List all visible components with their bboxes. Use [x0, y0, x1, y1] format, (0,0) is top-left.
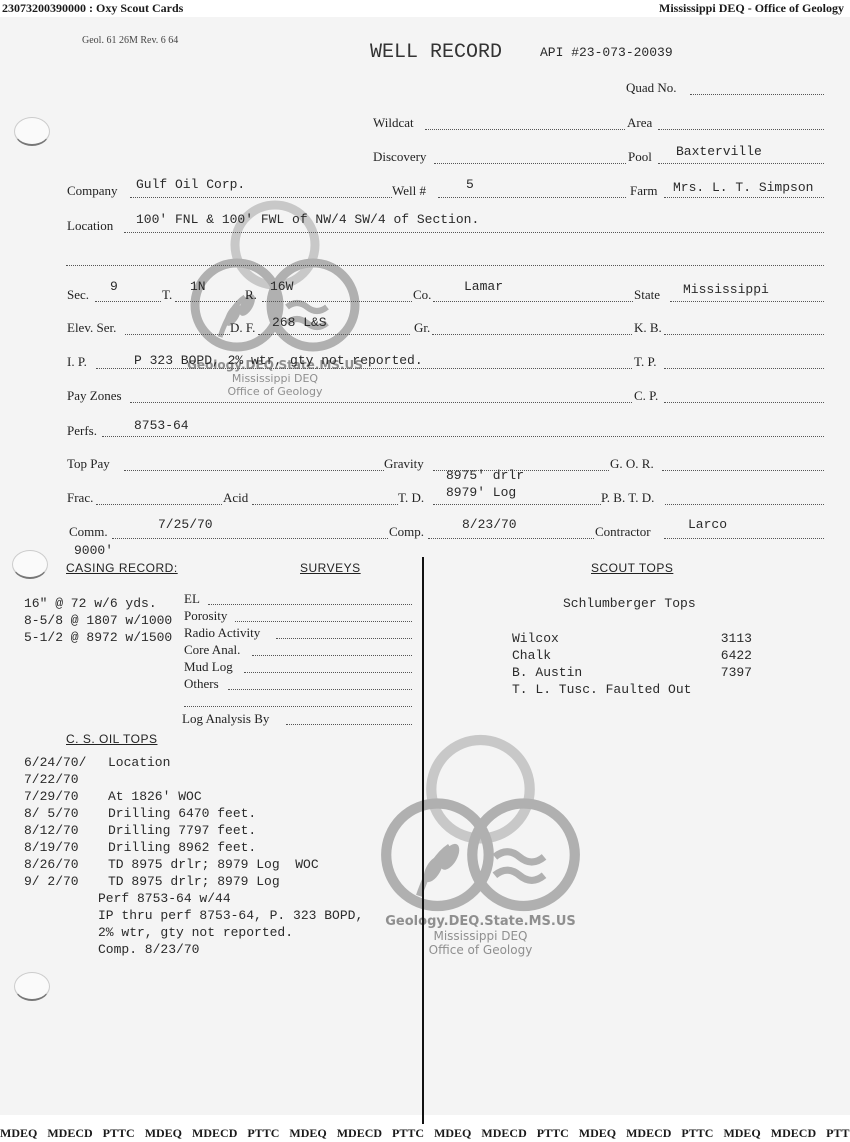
company-field-line: [130, 197, 392, 198]
projected-depth-value: 9000': [74, 543, 113, 558]
casing-record-list: 16" @ 72 w/6 yds. 8-5/8 @ 1807 w/1000 5-…: [24, 595, 172, 646]
top-pay-label: Top Pay: [67, 456, 110, 472]
df-value: 268 L&S: [272, 315, 327, 330]
footer-item: MDEQ: [723, 1126, 760, 1140]
contractor-field-line: [664, 538, 824, 539]
footer-item: PTTC: [392, 1126, 424, 1140]
scout-top-row: Wilcox 3113: [512, 630, 752, 647]
log-entry: 7/22/70: [24, 771, 363, 788]
ip-field-line: [96, 368, 632, 369]
sec-field-line: [95, 301, 161, 302]
pay-zones-field-line: [130, 402, 632, 403]
oil-tops-log: 6/24/70/Location 7/22/70 7/29/70At 1826'…: [24, 754, 363, 958]
log-continuation: Comp. 8/23/70: [24, 941, 363, 958]
county-value: Lamar: [464, 279, 503, 294]
quad-no-field: [690, 94, 824, 95]
log-entry: 6/24/70/Location: [24, 754, 363, 771]
well-field-line: [438, 197, 626, 198]
log-continuation: 2% wtr, gty not reported.: [24, 924, 363, 941]
log-entry: 7/29/70At 1826' WOC: [24, 788, 363, 805]
kb-field-line: [664, 334, 824, 335]
footer-item: PTTC: [826, 1126, 850, 1140]
log-date: 7/29/70: [24, 788, 108, 805]
cp-label: C. P.: [634, 388, 658, 404]
log-text: At 1826' WOC: [108, 789, 202, 804]
location-field-line: [124, 232, 824, 233]
ip-label: I. P.: [67, 354, 87, 370]
comm-value: 7/25/70: [158, 517, 213, 532]
log-entry: 9/ 2/70TD 8975 drlr; 8979 Log: [24, 873, 363, 890]
footer-item: MDECD: [771, 1126, 816, 1140]
perfs-field-line: [102, 436, 824, 437]
area-field: [658, 129, 824, 130]
township-field-line: [175, 301, 237, 302]
gor-label: G. O. R.: [610, 456, 654, 472]
county-field-line: [433, 301, 633, 302]
watermark-office: Office of Geology: [378, 943, 583, 957]
pool-field-line: [658, 163, 824, 164]
gr-label: Gr.: [414, 320, 430, 336]
log-date: 8/19/70: [24, 839, 108, 856]
gravity-label: Gravity: [384, 456, 424, 472]
log-continuation: Perf 8753-64 w/44: [24, 890, 363, 907]
state-value: Mississippi: [683, 282, 769, 297]
log-entry: 8/12/70Drilling 7797 feet.: [24, 822, 363, 839]
comm-field-line: [112, 538, 388, 539]
formation-depth: 6422: [721, 647, 752, 664]
log-entry: 8/19/70Drilling 8962 feet.: [24, 839, 363, 856]
log-date: 8/12/70: [24, 822, 108, 839]
well-record-card: Geology.DEQ.State.MS.US Mississippi DEQ …: [0, 17, 850, 1115]
form-number: Geol. 61 26M Rev. 6 64: [82, 35, 178, 46]
county-label: Co.: [413, 287, 431, 303]
log-text: Drilling 8962 feet.: [108, 840, 256, 855]
casing-record-heading: CASING RECORD:: [66, 561, 178, 575]
company-label: Company: [67, 183, 118, 199]
watermark-url: Geology.DEQ.State.MS.US: [378, 914, 583, 929]
comm-label: Comm.: [69, 524, 108, 540]
range-label: R.: [245, 287, 257, 303]
township-value: 1N: [190, 279, 206, 294]
sec-value: 9: [110, 279, 118, 294]
scout-top-row: Chalk 6422: [512, 647, 752, 664]
page-title: WELL RECORD: [370, 41, 502, 64]
survey-mud-field-line: [244, 672, 412, 673]
farm-field-line: [664, 197, 824, 198]
td-label: T. D.: [398, 490, 424, 506]
document-id-title: 23073200390000 : Oxy Scout Cards: [2, 0, 183, 16]
discovery-field: [434, 163, 626, 164]
elev-ser-label: Elev. Ser.: [67, 320, 116, 336]
location-field-line-2: [66, 265, 824, 266]
formation-name: B. Austin: [512, 664, 582, 681]
discovery-label: Discovery: [373, 149, 426, 165]
punch-hole-icon: [12, 550, 48, 579]
survey-radio-field-line: [276, 638, 412, 639]
state-field-line: [670, 301, 824, 302]
formation-name: Wilcox: [512, 630, 559, 647]
footer-item: MDEQ: [145, 1126, 182, 1140]
log-text: Location: [108, 755, 170, 770]
survey-radio-activity-label: Radio Activity: [184, 625, 260, 641]
frac-field-line: [96, 504, 222, 505]
punch-hole-icon: [14, 117, 50, 146]
pool-label: Pool: [628, 149, 652, 165]
log-date: 6/24/70/: [24, 754, 108, 771]
footer-item: PTTC: [247, 1126, 279, 1140]
comp-value: 8/23/70: [462, 517, 517, 532]
well-value: 5: [466, 177, 474, 192]
survey-log-analysis-field-line: [286, 724, 412, 725]
comp-label: Comp.: [389, 524, 424, 540]
kb-label: K. B.: [634, 320, 662, 336]
log-entry: 8/26/70TD 8975 drlr; 8979 Log WOC: [24, 856, 363, 873]
township-label: T.: [162, 287, 172, 303]
tp-label: T. P.: [634, 354, 657, 370]
footer-item: MDECD: [337, 1126, 382, 1140]
gr-field-line: [432, 334, 632, 335]
formation-name: Chalk: [512, 647, 551, 664]
footer-item: MDEQ: [579, 1126, 616, 1140]
perfs-label: Perfs.: [67, 423, 97, 439]
farm-label: Farm: [630, 183, 657, 199]
casing-line: 5-1/2 @ 8972 w/1500: [24, 629, 172, 646]
formation-depth: 7397: [721, 664, 752, 681]
contractor-value: Larco: [688, 517, 727, 532]
log-entry: 8/ 5/70Drilling 6470 feet.: [24, 805, 363, 822]
punch-hole-icon: [14, 972, 50, 1001]
document-header: 23073200390000 : Oxy Scout Cards Mississ…: [0, 0, 850, 16]
wildcat-label: Wildcat: [373, 115, 414, 131]
range-value: 16W: [270, 279, 293, 294]
df-label: D. F.: [230, 320, 255, 336]
log-text: Drilling 6470 feet.: [108, 806, 256, 821]
survey-log-analysis-label: Log Analysis By: [182, 711, 269, 727]
surveys-heading: SURVEYS: [300, 561, 361, 575]
perfs-value: 8753-64: [134, 418, 189, 433]
survey-el-label: EL: [184, 591, 200, 607]
casing-line: 8-5/8 @ 1807 w/1000: [24, 612, 172, 629]
elev-ser-field-line: [125, 334, 230, 335]
column-divider: [422, 557, 424, 1127]
formation-depth: 3113: [721, 630, 752, 647]
contractor-label: Contractor: [595, 524, 651, 540]
well-label: Well #: [392, 183, 426, 199]
state-label: State: [634, 287, 660, 303]
td-driller-value: 8975' drlr: [446, 468, 524, 483]
log-text: TD 8975 drlr; 8979 Log: [108, 874, 280, 889]
survey-core-anal-label: Core Anal.: [184, 642, 240, 658]
watermark-agency: Mississippi DEQ: [175, 372, 375, 385]
scout-tops-heading: SCOUT TOPS: [591, 561, 673, 575]
log-text: Drilling 7797 feet.: [108, 823, 256, 838]
survey-core-field-line: [252, 655, 412, 656]
scout-tops-note: T. L. Tusc. Faulted Out: [512, 681, 752, 698]
quad-no-label: Quad No.: [626, 80, 677, 96]
survey-blank-field-line: [184, 706, 412, 707]
watermark-agency: Mississippi DEQ: [378, 929, 583, 943]
td-field-line: [433, 504, 601, 505]
agency-title: Mississippi DEQ - Office of Geology: [659, 0, 844, 16]
survey-el-field-line: [208, 604, 412, 605]
pbtd-label: P. B. T. D.: [601, 490, 654, 506]
pbtd-field-line: [665, 504, 824, 505]
footer-item: PTTC: [103, 1126, 135, 1140]
pool-value: Baxterville: [676, 144, 762, 159]
survey-others-field-line: [228, 689, 412, 690]
survey-porosity-field-line: [235, 621, 412, 622]
footer-item: MDEQ: [434, 1126, 471, 1140]
frac-label: Frac.: [67, 490, 93, 506]
df-field-line: [258, 334, 410, 335]
log-text: TD 8975 drlr; 8979 Log WOC: [108, 857, 319, 872]
scout-tops-list: Wilcox 3113 Chalk 6422 B. Austin 7397 T.…: [512, 630, 752, 698]
footer-item: MDECD: [626, 1126, 671, 1140]
pay-zones-label: Pay Zones: [67, 388, 122, 404]
top-pay-field-line: [124, 470, 384, 471]
comp-field-line: [428, 538, 594, 539]
scout-tops-subheading: Schlumberger Tops: [563, 596, 696, 611]
gor-field-line: [662, 470, 824, 471]
wildcat-field: [425, 129, 625, 130]
watermark-logo-icon: Geology.DEQ.State.MS.US Mississippi DEQ …: [175, 197, 375, 407]
log-continuation: IP thru perf 8753-64, P. 323 BOPD,: [24, 907, 363, 924]
oil-tops-heading: C. S. OIL TOPS: [66, 732, 157, 746]
log-date: 9/ 2/70: [24, 873, 108, 890]
company-value: Gulf Oil Corp.: [136, 177, 245, 192]
area-label: Area: [627, 115, 652, 131]
ip-value: P 323 BOPD, 2% wtr, gty not reported.: [134, 353, 423, 368]
footer-item: PTTC: [681, 1126, 713, 1140]
td-log-value: 8979' Log: [446, 485, 516, 500]
survey-mud-log-label: Mud Log: [184, 659, 233, 675]
cp-field-line: [664, 402, 824, 403]
location-value: 100' FNL & 100' FWL of NW/4 SW/4 of Sect…: [136, 212, 479, 227]
survey-porosity-label: Porosity: [184, 608, 227, 624]
range-field-line: [262, 301, 412, 302]
scout-top-row: B. Austin 7397: [512, 664, 752, 681]
footer-item: MDECD: [481, 1126, 526, 1140]
footer-item: MDECD: [47, 1126, 92, 1140]
log-date: 7/22/70: [24, 771, 108, 788]
survey-others-label: Others: [184, 676, 219, 692]
sec-label: Sec.: [67, 287, 89, 303]
log-date: 8/26/70: [24, 856, 108, 873]
acid-label: Acid: [223, 490, 248, 506]
acid-field-line: [252, 504, 398, 505]
api-number: API #23-073-20039: [540, 45, 673, 60]
watermark-logo-icon: Geology.DEQ.State.MS.US Mississippi DEQ …: [378, 727, 583, 977]
footer-item: MDEQ: [0, 1126, 37, 1140]
tp-field-line: [664, 368, 824, 369]
log-date: 8/ 5/70: [24, 805, 108, 822]
location-label: Location: [67, 218, 113, 234]
footer-item: MDEQ: [289, 1126, 326, 1140]
footer-agencies: MDEQMDECDPTTCMDEQMDECDPTTCMDEQMDECDPTTCM…: [0, 1124, 850, 1142]
casing-line: 16" @ 72 w/6 yds.: [24, 595, 172, 612]
farm-value: Mrs. L. T. Simpson: [673, 180, 813, 195]
watermark-office: Office of Geology: [175, 385, 375, 398]
footer-item: PTTC: [537, 1126, 569, 1140]
footer-item: MDECD: [192, 1126, 237, 1140]
